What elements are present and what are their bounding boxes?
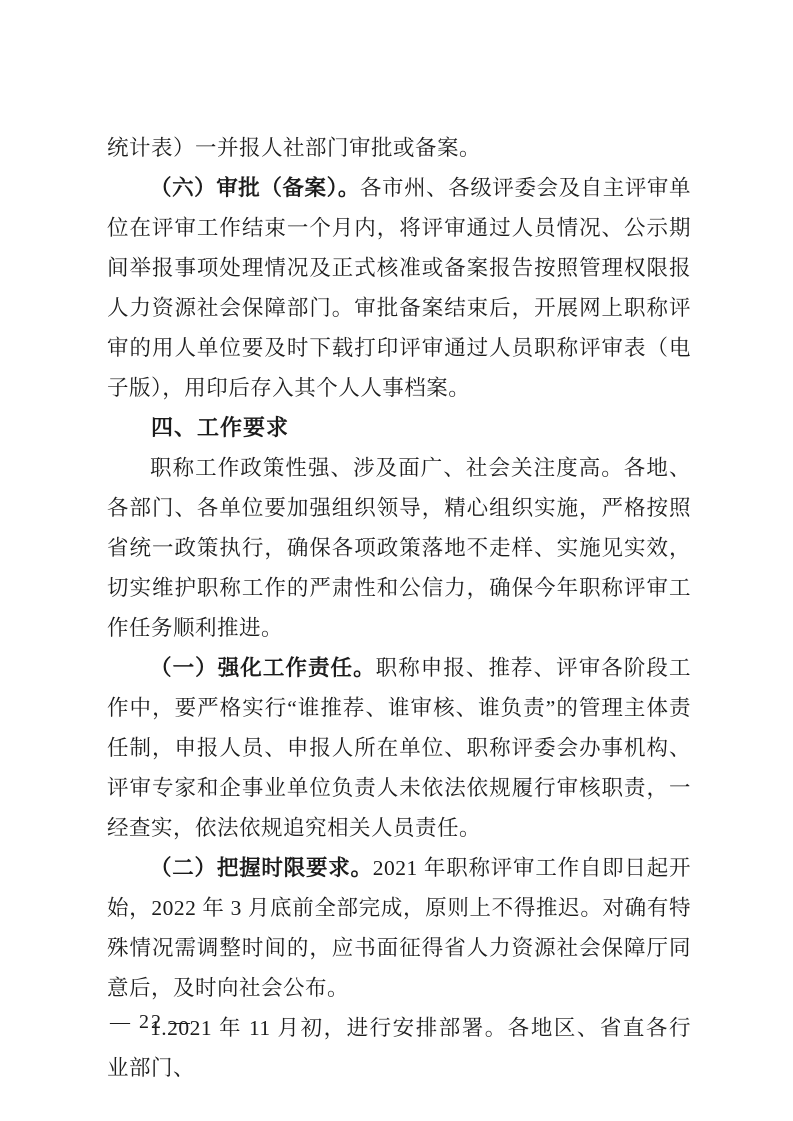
paragraph-lead: （六）审批（备案）。 <box>150 176 360 200</box>
section-heading-work-requirements: 四、工作要求 <box>107 408 691 448</box>
paragraph-lead: （二）把握时限要求。 <box>150 856 373 880</box>
paragraph-text: 职称申报、推荐、评审各阶段工作中，要严格实行“谁推荐、谁审核、谁负责”的管理主体… <box>107 656 691 840</box>
paragraph-text: 1.2021 年 11 月初，进行安排部署。各地区、省直各行业部门、 <box>107 1016 691 1080</box>
paragraph-continuation: 统计表）一并报人社部门审批或备案。 <box>107 128 691 168</box>
paragraph-text: 职称工作政策性强、涉及面广、社会关注度高。各地、各部门、各单位要加强组织领导，精… <box>107 456 691 640</box>
paragraph-lead: （一）强化工作责任。 <box>150 656 376 680</box>
paragraph-text: 各市州、各级评委会及自主评审单位在评审工作结束一个月内，将评审通过人员情况、公示… <box>107 176 691 400</box>
paragraph-overview: 职称工作政策性强、涉及面广、社会关注度高。各地、各部门、各单位要加强组织领导，精… <box>107 448 691 648</box>
paragraph-approval-record: （六）审批（备案）。各市州、各级评委会及自主评审单位在评审工作结束一个月内，将评… <box>107 168 691 408</box>
paragraph-text: 统计表）一并报人社部门审批或备案。 <box>107 136 481 160</box>
paragraph-responsibility: （一）强化工作责任。职称申报、推荐、评审各阶段工作中，要严格实行“谁推荐、谁审核… <box>107 648 691 848</box>
paragraph-deadline: （二）把握时限要求。2021 年职称评审工作自即日起开始，2022 年 3 月底… <box>107 848 691 1008</box>
paragraph-schedule-item-1: 1.2021 年 11 月初，进行安排部署。各地区、省直各行业部门、 <box>107 1008 691 1088</box>
page-number: — 22 — <box>110 1002 192 1042</box>
document-page: 统计表）一并报人社部门审批或备案。 （六）审批（备案）。各市州、各级评委会及自主… <box>0 0 793 1121</box>
document-body: 统计表）一并报人社部门审批或备案。 （六）审批（备案）。各市州、各级评委会及自主… <box>107 128 691 1088</box>
